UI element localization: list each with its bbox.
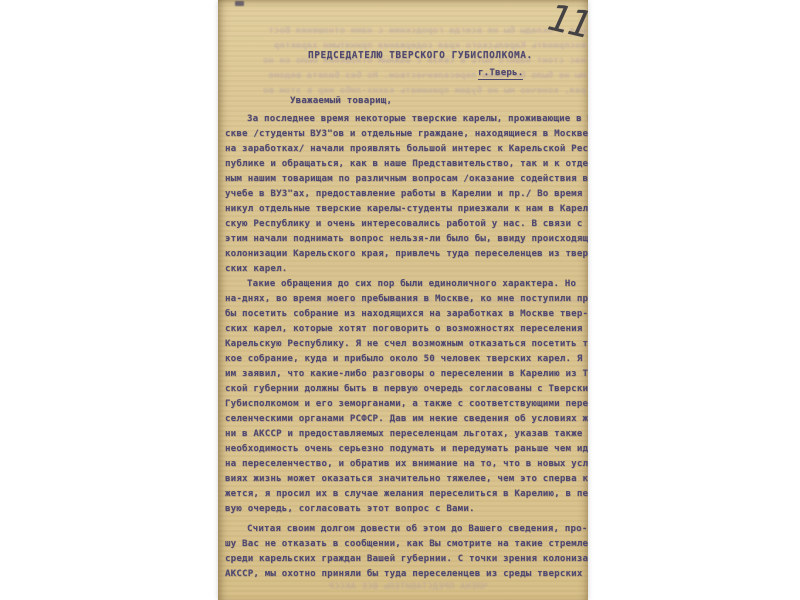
text-line: Считая своим долгом довести об этом до В… bbox=[225, 522, 588, 537]
text-line: на-днях, во время моего пребывания в Мос… bbox=[225, 292, 588, 307]
text-line: им заявил, что какие-либо разговоры о пе… bbox=[225, 367, 588, 382]
document-salutation: Уважаемый товарищ, bbox=[290, 96, 392, 106]
bleedthrough-text-top: рая и оклады бы не всегда городскими с н… bbox=[220, 24, 586, 99]
text-line: учебе в ВУЗ"ах, предоставление работы в … bbox=[225, 187, 588, 202]
document-city: г.Тверь. bbox=[478, 68, 523, 80]
text-line: За последнее время некоторые тверские ка… bbox=[225, 112, 588, 127]
text-line: рая, конечно мы не будем принимать каких… bbox=[220, 84, 586, 99]
text-line: на переселенчество, и обратив их внимани… bbox=[225, 457, 588, 472]
text-line: рая и оклады бы не всегда городскими с н… bbox=[220, 24, 586, 39]
text-line: ЧЛЕНА ПРЕДСТАВИТЕЛЬ ВСЕ АКССР bbox=[258, 580, 558, 595]
document-addressee: ПРЕДСЕДАТЕЛЮ ТВЕРСКОГО ГУБИСПОЛКОМА. bbox=[308, 50, 533, 61]
text-line: мы не было бы таким переселенчеством. Но… bbox=[220, 69, 586, 84]
text-line: Карельскую Республику. Я не счел возможн… bbox=[225, 337, 588, 352]
text-line: ным нашим товарищам по различным вопроса… bbox=[225, 172, 588, 187]
text-line: колонизации Карельского края, привлечь т… bbox=[225, 247, 588, 262]
text-line: ской губернии должны быть в первую очере… bbox=[225, 382, 588, 397]
text-line: виях жизнь может оказаться значительно т… bbox=[225, 472, 588, 487]
document-body: За последнее время некоторые тверские ка… bbox=[225, 112, 588, 582]
paragraph: Такие обращения до сих пор были единолич… bbox=[225, 277, 588, 517]
paragraph: За последнее время некоторые тверские ка… bbox=[225, 112, 588, 277]
text-line: Губисполкомом и его земорганами, а также… bbox=[225, 397, 588, 412]
text-line: ских карел. bbox=[225, 262, 588, 277]
text-line: вую очередь, согласовать этот вопрос с В… bbox=[225, 502, 588, 517]
paragraph: Считая своим долгом довести об этом до В… bbox=[225, 522, 588, 582]
ink-blot bbox=[235, 1, 244, 6]
text-line: среди карельских граждан Вашей губернии.… bbox=[225, 552, 588, 567]
document-page: рая и оклады бы не всегда городскими с н… bbox=[218, 0, 588, 600]
text-line: селенческими органами РСФСР. Дав им неки… bbox=[225, 412, 588, 427]
text-line: бы посетить собрание из находящихся на з… bbox=[225, 307, 588, 322]
text-line: ни в АКССР и предоставляемых переселенца… bbox=[225, 427, 588, 442]
text-line: публике и обращаться, как в наше Предста… bbox=[225, 157, 588, 172]
text-line: ских карел, которые хотят поговорить о в… bbox=[225, 322, 588, 337]
bleedthrough-text-bottom: ЧЛЕНА ПРЕДСТАВИТЕЛЬ ВСЕ АКССР bbox=[258, 580, 558, 595]
text-line: никул отдельные тверские карелы-студенты… bbox=[225, 202, 588, 217]
text-line: этим начали поднимать вопрос нельзя-ли б… bbox=[225, 232, 588, 247]
text-line: кое собрание, куда и прибыло около 50 че… bbox=[225, 352, 588, 367]
text-line: скую Республику и очень интересовались р… bbox=[225, 217, 588, 232]
text-line: Такие обращения до сих пор были единолич… bbox=[225, 277, 588, 292]
text-line: скве /студенты ВУЗ"ов и отдельные гражда… bbox=[225, 127, 588, 142]
text-line: необходимость очень серьезно подумать и … bbox=[225, 442, 588, 457]
text-line: АКССР, мы охотно приняли бы туда пересел… bbox=[225, 567, 588, 582]
text-line: на заработках/ начали проявлять большой … bbox=[225, 142, 588, 157]
text-line: жется, я просил их в случае желания пере… bbox=[225, 487, 588, 502]
text-line: шу Вас не отказать в сообщении, как Вы с… bbox=[225, 537, 588, 552]
